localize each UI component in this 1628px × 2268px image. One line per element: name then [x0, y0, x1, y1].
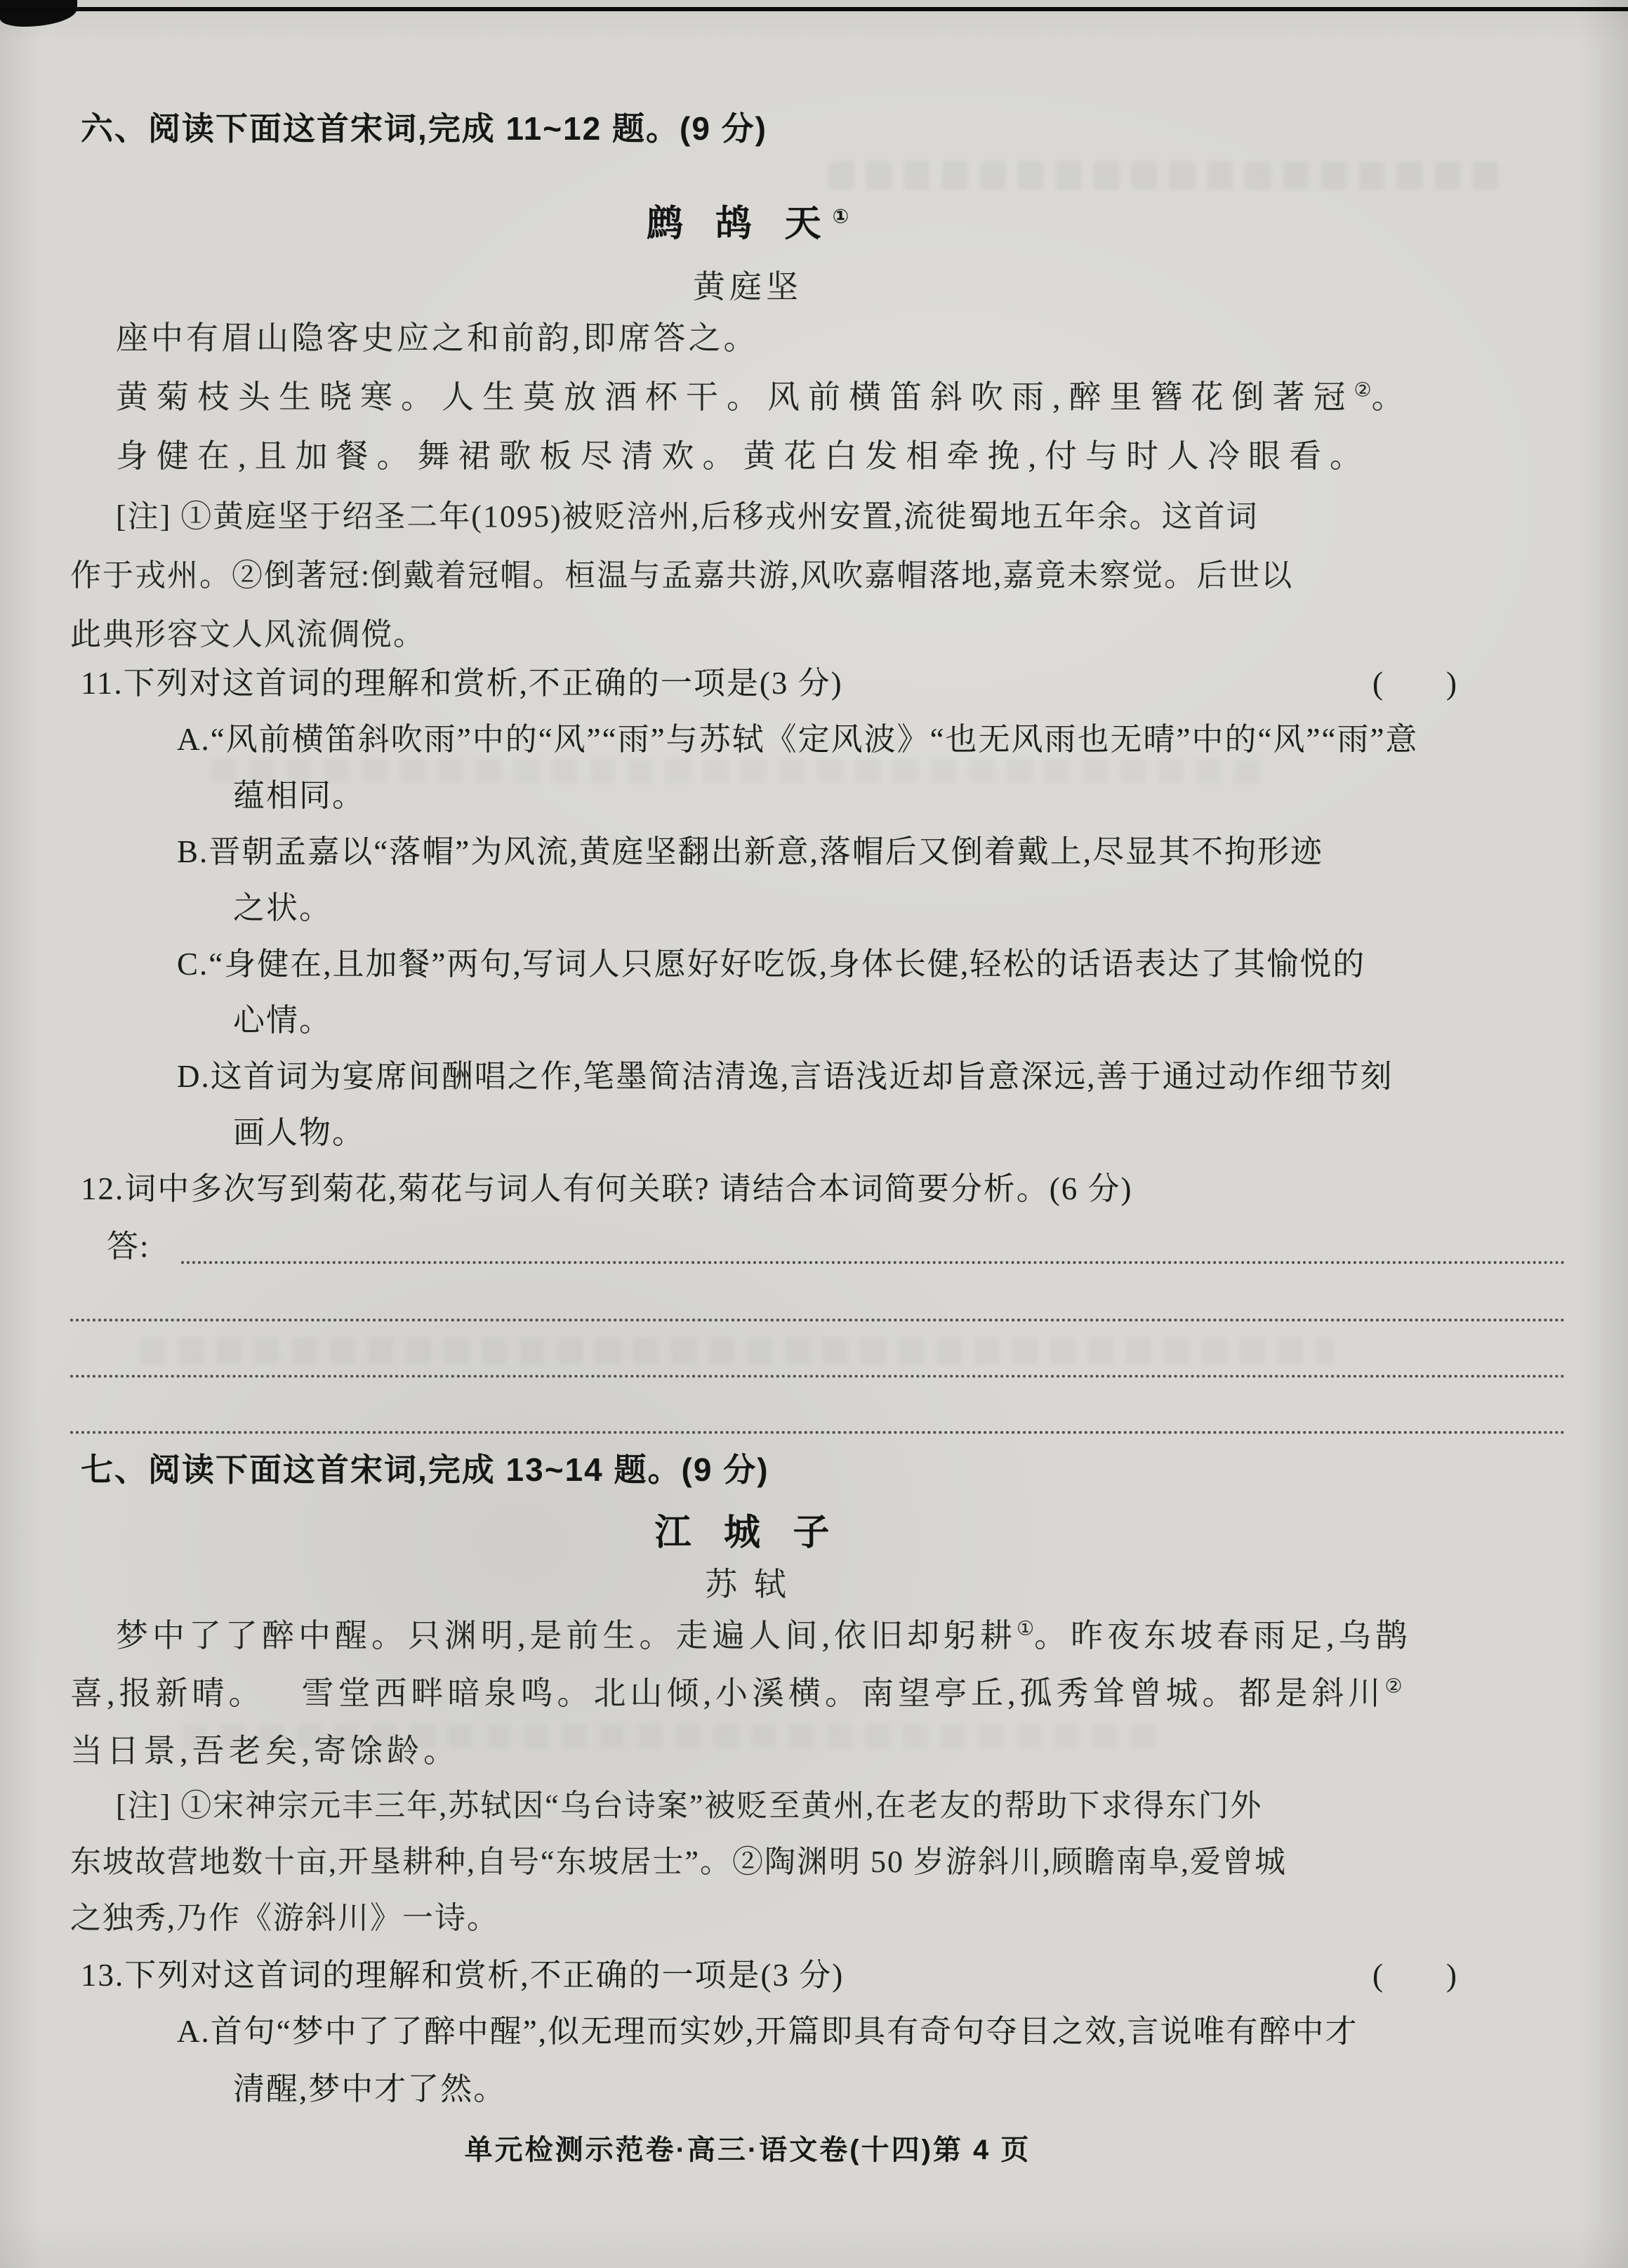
- poem7-line1-text: 梦中了了醉中醒。只渊明,是前生。走遍人间,依旧却躬耕: [116, 1618, 1017, 1654]
- option-11-c-line1: C.“身健在,且加餐”两句,写词人只愿好好吃饭,身体长健,轻松的话语表达了其愉悦…: [177, 945, 1365, 983]
- poem7-line2: 喜,报新晴。雪堂西畔暗泉鸣。北山倾,小溪横。南望亭丘,孤秀耸曾城。都是斜川②: [70, 1674, 1403, 1713]
- poem7-line1-end: 。昨夜东坡春雨足,乌鹊: [1034, 1618, 1412, 1654]
- note6-line3: 此典形容文人风流倜傥。: [70, 617, 425, 654]
- poem6-author-row: 黄庭坚: [0, 261, 1495, 308]
- question-13-answer-bracket: ( ): [1372, 1956, 1457, 1994]
- poem7-line2-stanza1: 喜,报新晴。: [70, 1675, 265, 1711]
- poem6-line1-sup: ②: [1354, 380, 1372, 402]
- poem6-title: 鹧 鸪 天①: [647, 204, 849, 244]
- poem6-preface: 座中有眉山隐客史应之和前韵,即席答之。: [116, 319, 759, 357]
- scan-edge-line: [0, 7, 1628, 11]
- bleed-through-artifact: [828, 161, 1502, 190]
- poem7-title: 江 城 子: [655, 1512, 841, 1553]
- poem6-title-sup: ①: [833, 206, 849, 228]
- note7-line2: 东坡故营地数十亩,开垦耕种,自号“东坡居士”。②陶渊明 50 岁游斜川,顾瞻南阜…: [70, 1844, 1287, 1881]
- footer-row: 单元检测示范卷·高三·语文卷(十四)第 4 页: [0, 2128, 1495, 2168]
- option-11-b-line2: 之状。: [233, 889, 332, 927]
- scan-edge-artifact: [0, 0, 77, 27]
- question-13: 13.下列对这首词的理解和赏析,不正确的一项是(3 分): [81, 1956, 844, 1994]
- note6-line2: 作于戎州。②倒著冠:倒戴着冠帽。桓温与孟嘉共游,风吹嘉帽落地,嘉竟未察觉。后世以: [70, 558, 1293, 595]
- answer-line-4: [70, 1431, 1566, 1434]
- bleed-through-artifact: [211, 758, 1264, 784]
- note6-line1: [注] ①黄庭坚于绍圣二年(1095)被贬涪州,后移戎州安置,流徙蜀地五年余。这…: [116, 499, 1259, 536]
- question-12: 12.词中多次写到菊花,菊花与词人有何关联? 请结合本词简要分析。(6 分): [81, 1170, 1132, 1208]
- poem7-line1-sup: ①: [1017, 1618, 1034, 1640]
- poem7-line1: 梦中了了醉中醒。只渊明,是前生。走遍人间,依旧却躬耕①。昨夜东坡春雨足,乌鹊: [116, 1616, 1412, 1655]
- note7-line3: 之独秀,乃作《游斜川》一诗。: [70, 1900, 499, 1937]
- poem7-author: 苏 轼: [705, 1567, 790, 1602]
- poem6-title-text: 鹧 鸪 天: [647, 204, 833, 244]
- option-11-d-line1: D.这首词为宴席间酬唱之作,笔墨简洁清逸,言语浅近却旨意深远,善于通过动作细节刻: [177, 1057, 1394, 1095]
- option-13-a-line2: 清醒,梦中才了然。: [233, 2070, 506, 2108]
- bleed-through-artifact: [140, 1338, 1334, 1364]
- answer-line-1: [181, 1261, 1566, 1264]
- option-13-a-line1: A.首句“梦中了了醉中醒”,似无理而实妙,开篇即具有奇句夺目之效,言说唯有醉中才: [177, 2012, 1358, 2050]
- answer-line-3: [70, 1375, 1566, 1378]
- poem7-line3: 当日景,吾老矣,寄馀龄。: [70, 1732, 460, 1770]
- question-11: 11.下列对这首词的理解和赏析,不正确的一项是(3 分): [81, 664, 843, 702]
- note7-line1: [注] ①宋神宗元丰三年,苏轼因“乌台诗案”被贬至黄州,在老友的帮助下求得东门外: [116, 1788, 1262, 1825]
- option-11-a-line2: 蕴相同。: [233, 777, 365, 815]
- section7-header: 七、阅读下面这首宋词,完成 13~14 题。(9 分): [81, 1451, 769, 1489]
- option-11-d-line2: 画人物。: [233, 1114, 365, 1152]
- option-11-c-line2: 心情。: [233, 1001, 332, 1039]
- poem7-line2-sup: ②: [1385, 1676, 1403, 1698]
- poem7-line2-stanza2: 雪堂西畔暗泉鸣。北山倾,小溪横。南望亭丘,孤秀耸曾城。都是斜川: [302, 1675, 1385, 1711]
- answer-line-2: [70, 1319, 1566, 1321]
- poem6-line1-end: 。: [1372, 379, 1412, 415]
- answer-label: 答:: [107, 1227, 150, 1265]
- option-11-b-line1: B.晋朝孟嘉以“落帽”为风流,黄庭坚翻出新意,落帽后又倒着戴上,尽显其不拘形迹: [177, 833, 1323, 871]
- poem6-line1: 黄菊枝头生晓寒。人生莫放酒杯干。风前横笛斜吹雨,醉里簪花倒著冠②。: [116, 378, 1412, 416]
- poem7-author-row: 苏 轼: [0, 1559, 1495, 1605]
- poem7-title-row: 江 城 子: [0, 1503, 1495, 1555]
- poem6-title-row: 鹧 鸪 天①: [0, 194, 1495, 246]
- poem6-author: 黄庭坚: [693, 269, 802, 305]
- section6-header: 六、阅读下面这首宋词,完成 11~12 题。(9 分): [81, 110, 767, 148]
- poem6-line1-text: 黄菊枝头生晓寒。人生莫放酒杯干。风前横笛斜吹雨,醉里簪花倒著冠: [116, 379, 1354, 415]
- poem6-line2: 身健在,且加餐。舞裙歌板尽清欢。黄花白发相牵挽,付与时人冷眼看。: [116, 437, 1370, 475]
- scanned-exam-page: 六、阅读下面这首宋词,完成 11~12 题。(9 分) 鹧 鸪 天① 黄庭坚 座…: [0, 0, 1628, 2268]
- question-11-answer-bracket: ( ): [1372, 664, 1457, 702]
- option-11-a-line1: A.“风前横笛斜吹雨”中的“风”“雨”与苏轼《定风波》“也无风雨也无晴”中的“风…: [177, 720, 1418, 758]
- page-footer: 单元检测示范卷·高三·语文卷(十四)第 4 页: [465, 2135, 1031, 2165]
